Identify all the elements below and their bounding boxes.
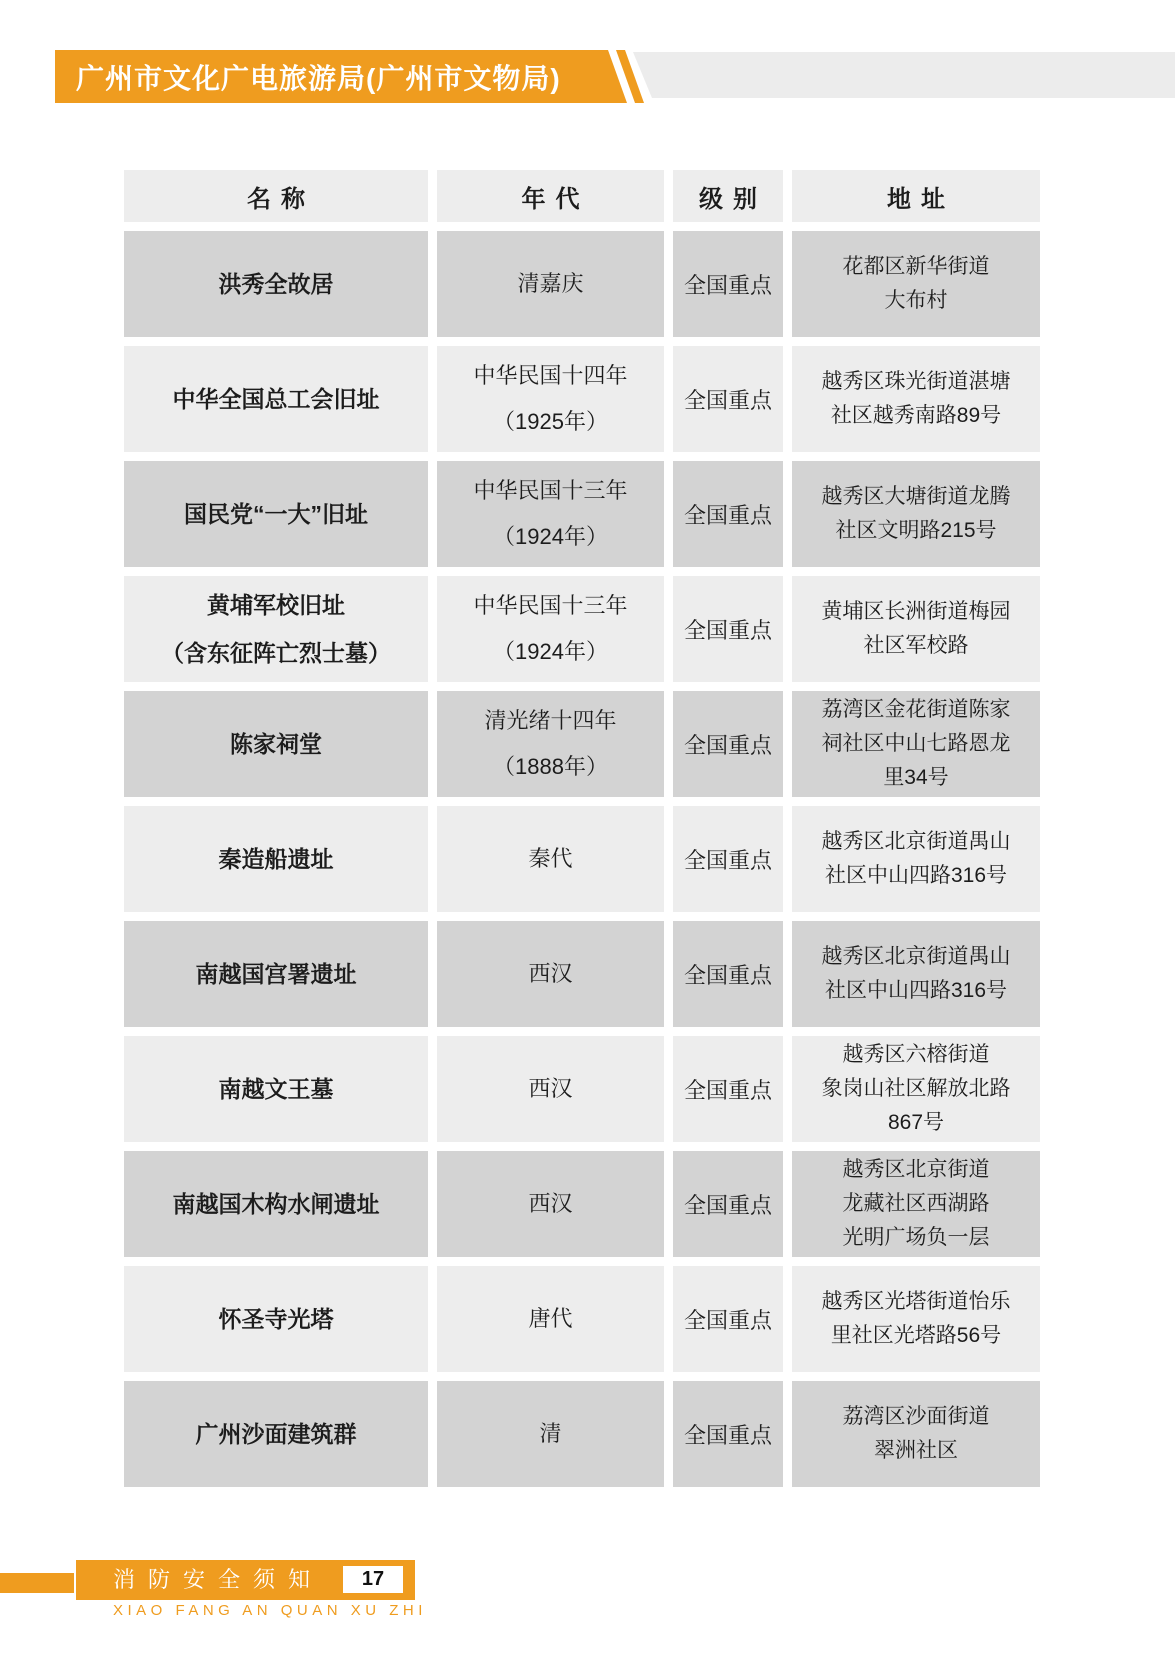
column-header-era: 年代 bbox=[437, 170, 664, 222]
footer-romanized-title: XIAO FANG AN QUAN XU ZHI bbox=[113, 1602, 427, 1619]
footer-left-bar bbox=[0, 1573, 74, 1593]
column-header-level: 级别 bbox=[673, 170, 783, 222]
table-row: 南越国宫署遗址 西汉 全国重点 越秀区北京街道禺山 社区中山四路316号 bbox=[124, 921, 1040, 1027]
site-era: 中华民国十四年 （1925年） bbox=[437, 346, 664, 452]
banner-gray-bar bbox=[633, 52, 1175, 98]
site-name: 洪秀全故居 bbox=[124, 231, 428, 337]
table-row: 广州沙面建筑群 清 全国重点 荔湾区沙面街道 翠洲社区 bbox=[124, 1381, 1040, 1487]
page-number-badge: 17 bbox=[343, 1566, 403, 1593]
site-level: 全国重点 bbox=[673, 231, 783, 337]
site-era: 清嘉庆 bbox=[437, 231, 664, 337]
site-level: 全国重点 bbox=[673, 346, 783, 452]
footer-title: 消防安全须知 bbox=[113, 1560, 323, 1600]
site-address: 越秀区北京街道禺山 社区中山四路316号 bbox=[792, 806, 1040, 912]
table-row: 秦造船遗址 秦代 全国重点 越秀区北京街道禺山 社区中山四路316号 bbox=[124, 806, 1040, 912]
site-era: 西汉 bbox=[437, 1036, 664, 1142]
site-address: 荔湾区金花街道陈家 祠社区中山七路恩龙 里34号 bbox=[792, 691, 1040, 797]
site-level: 全国重点 bbox=[673, 461, 783, 567]
site-address: 荔湾区沙面街道 翠洲社区 bbox=[792, 1381, 1040, 1487]
site-era: 中华民国十三年 （1924年） bbox=[437, 576, 664, 682]
site-era: 西汉 bbox=[437, 1151, 664, 1257]
site-level: 全国重点 bbox=[673, 1381, 783, 1487]
site-name: 中华全国总工会旧址 bbox=[124, 346, 428, 452]
site-address: 越秀区北京街道禺山 社区中山四路316号 bbox=[792, 921, 1040, 1027]
site-name: 秦造船遗址 bbox=[124, 806, 428, 912]
site-address: 越秀区珠光街道湛塘 社区越秀南路89号 bbox=[792, 346, 1040, 452]
site-era: 秦代 bbox=[437, 806, 664, 912]
page-title: 广州市文化广电旅游局(广州市文物局) bbox=[55, 57, 561, 97]
heritage-sites-table: 名称 年代 级别 地址 洪秀全故居 清嘉庆 全国重点 花都区新华街道 大布村 中… bbox=[124, 170, 1040, 1487]
site-level: 全国重点 bbox=[673, 576, 783, 682]
site-era: 中华民国十三年 （1924年） bbox=[437, 461, 664, 567]
site-name: 怀圣寺光塔 bbox=[124, 1266, 428, 1372]
site-address: 越秀区光塔街道怡乐 里社区光塔路56号 bbox=[792, 1266, 1040, 1372]
site-level: 全国重点 bbox=[673, 1151, 783, 1257]
site-address: 越秀区北京街道 龙藏社区西湖路 光明广场负一层 bbox=[792, 1151, 1040, 1257]
site-name: 南越国木构水闸遗址 bbox=[124, 1151, 428, 1257]
site-level: 全国重点 bbox=[673, 1036, 783, 1142]
table-row: 中华全国总工会旧址 中华民国十四年 （1925年） 全国重点 越秀区珠光街道湛塘… bbox=[124, 346, 1040, 452]
site-name: 黄埔军校旧址 （含东征阵亡烈士墓） bbox=[124, 576, 428, 682]
site-address: 越秀区六榕街道 象岗山社区解放北路 867号 bbox=[792, 1036, 1040, 1142]
site-level: 全国重点 bbox=[673, 806, 783, 912]
column-header-name: 名称 bbox=[124, 170, 428, 222]
site-address: 黄埔区长洲街道梅园 社区军校路 bbox=[792, 576, 1040, 682]
site-level: 全国重点 bbox=[673, 1266, 783, 1372]
table-row: 黄埔军校旧址 （含东征阵亡烈士墓） 中华民国十三年 （1924年） 全国重点 黄… bbox=[124, 576, 1040, 682]
table-row: 南越国木构水闸遗址 西汉 全国重点 越秀区北京街道 龙藏社区西湖路 光明广场负一… bbox=[124, 1151, 1040, 1257]
table-header-row: 名称 年代 级别 地址 bbox=[124, 170, 1040, 222]
site-address: 越秀区大塘街道龙腾 社区文明路215号 bbox=[792, 461, 1040, 567]
site-level: 全国重点 bbox=[673, 691, 783, 797]
site-name: 陈家祠堂 bbox=[124, 691, 428, 797]
table-row: 南越文王墓 西汉 全国重点 越秀区六榕街道 象岗山社区解放北路 867号 bbox=[124, 1036, 1040, 1142]
table-row: 怀圣寺光塔 唐代 全国重点 越秀区光塔街道怡乐 里社区光塔路56号 bbox=[124, 1266, 1040, 1372]
site-era: 清光绪十四年 （1888年） bbox=[437, 691, 664, 797]
table-row: 洪秀全故居 清嘉庆 全国重点 花都区新华街道 大布村 bbox=[124, 231, 1040, 337]
site-address: 花都区新华街道 大布村 bbox=[792, 231, 1040, 337]
header-banner: 广州市文化广电旅游局(广州市文物局) bbox=[55, 50, 627, 103]
site-name: 南越文王墓 bbox=[124, 1036, 428, 1142]
footer-banner: 消防安全须知 17 bbox=[76, 1560, 415, 1600]
site-era: 清 bbox=[437, 1381, 664, 1487]
table-row: 陈家祠堂 清光绪十四年 （1888年） 全国重点 荔湾区金花街道陈家 祠社区中山… bbox=[124, 691, 1040, 797]
site-name: 南越国宫署遗址 bbox=[124, 921, 428, 1027]
table-row: 国民党“一大”旧址 中华民国十三年 （1924年） 全国重点 越秀区大塘街道龙腾… bbox=[124, 461, 1040, 567]
site-era: 西汉 bbox=[437, 921, 664, 1027]
site-era: 唐代 bbox=[437, 1266, 664, 1372]
site-name: 广州沙面建筑群 bbox=[124, 1381, 428, 1487]
site-level: 全国重点 bbox=[673, 921, 783, 1027]
site-name: 国民党“一大”旧址 bbox=[124, 461, 428, 567]
column-header-address: 地址 bbox=[792, 170, 1040, 222]
